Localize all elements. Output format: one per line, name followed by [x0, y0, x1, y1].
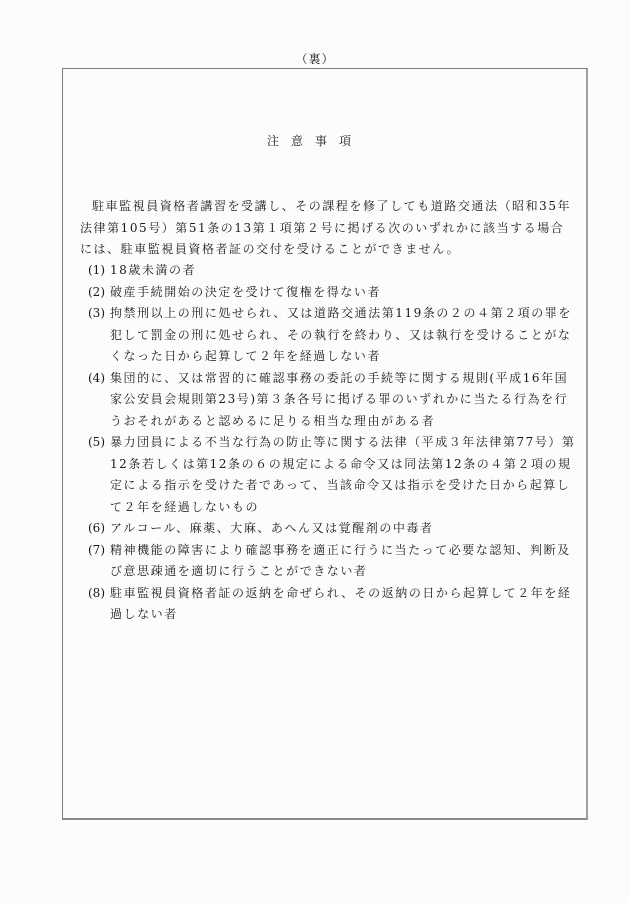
item-text: 破産手続開始の決定を受けて復権を得ない者: [102, 282, 578, 304]
list-item: (1)18歳未満の者: [88, 260, 578, 282]
disqualification-list: (1)18歳未満の者 (2)破産手続開始の決定を受けて復権を得ない者 (3)拘禁…: [88, 260, 578, 626]
list-item: (2)破産手続開始の決定を受けて復権を得ない者: [88, 282, 578, 304]
list-item: (5)暴力団員による不当な行為の防止等に関する法律（平成３年法律第77号）第12…: [88, 432, 578, 518]
list-item: (3)拘禁刑以上の刑に処せられ、又は道路交通法第119条の２の４第２項の罪を犯し…: [88, 303, 578, 368]
item-text: 駐車監視員資格者証の返納を命ぜられ、その返納の日から起算して２年を経過しない者: [102, 583, 578, 626]
item-text: 拘禁刑以上の刑に処せられ、又は道路交通法第119条の２の４第２項の罪を犯して罰金…: [102, 303, 578, 368]
item-text: 精神機能の障害により確認事務を適正に行うに当たって必要な認知、判断及び意思疎通を…: [102, 540, 578, 583]
item-text: アルコール、麻薬、大麻、あへん又は覚醒剤の中毒者: [102, 518, 578, 540]
item-text: 18歳未満の者: [102, 260, 578, 282]
list-item: (6)アルコール、麻薬、大麻、あへん又は覚醒剤の中毒者: [88, 518, 578, 540]
item-text: 暴力団員による不当な行為の防止等に関する法律（平成３年法律第77号）第12条若し…: [102, 432, 578, 518]
list-item: (8)駐車監視員資格者証の返納を命ぜられ、その返納の日から起算して２年を経過しな…: [88, 583, 578, 626]
list-item: (7)精神機能の障害により確認事務を適正に行うに当たって必要な認知、判断及び意思…: [88, 540, 578, 583]
list-item: (4)集団的に、又は常習的に確認事務の委託の手続等に関する規則(平成16年国家公…: [88, 368, 578, 433]
notice-title: 注意事項: [0, 133, 630, 149]
page-side-label: （裏）: [0, 52, 630, 66]
intro-paragraph: 駐車監視員資格者講習を受講し、その課程を修了しても道路交通法（昭和35年法律第1…: [80, 196, 575, 261]
item-text: 集団的に、又は常習的に確認事務の委託の手続等に関する規則(平成16年国家公安員会…: [102, 368, 578, 433]
